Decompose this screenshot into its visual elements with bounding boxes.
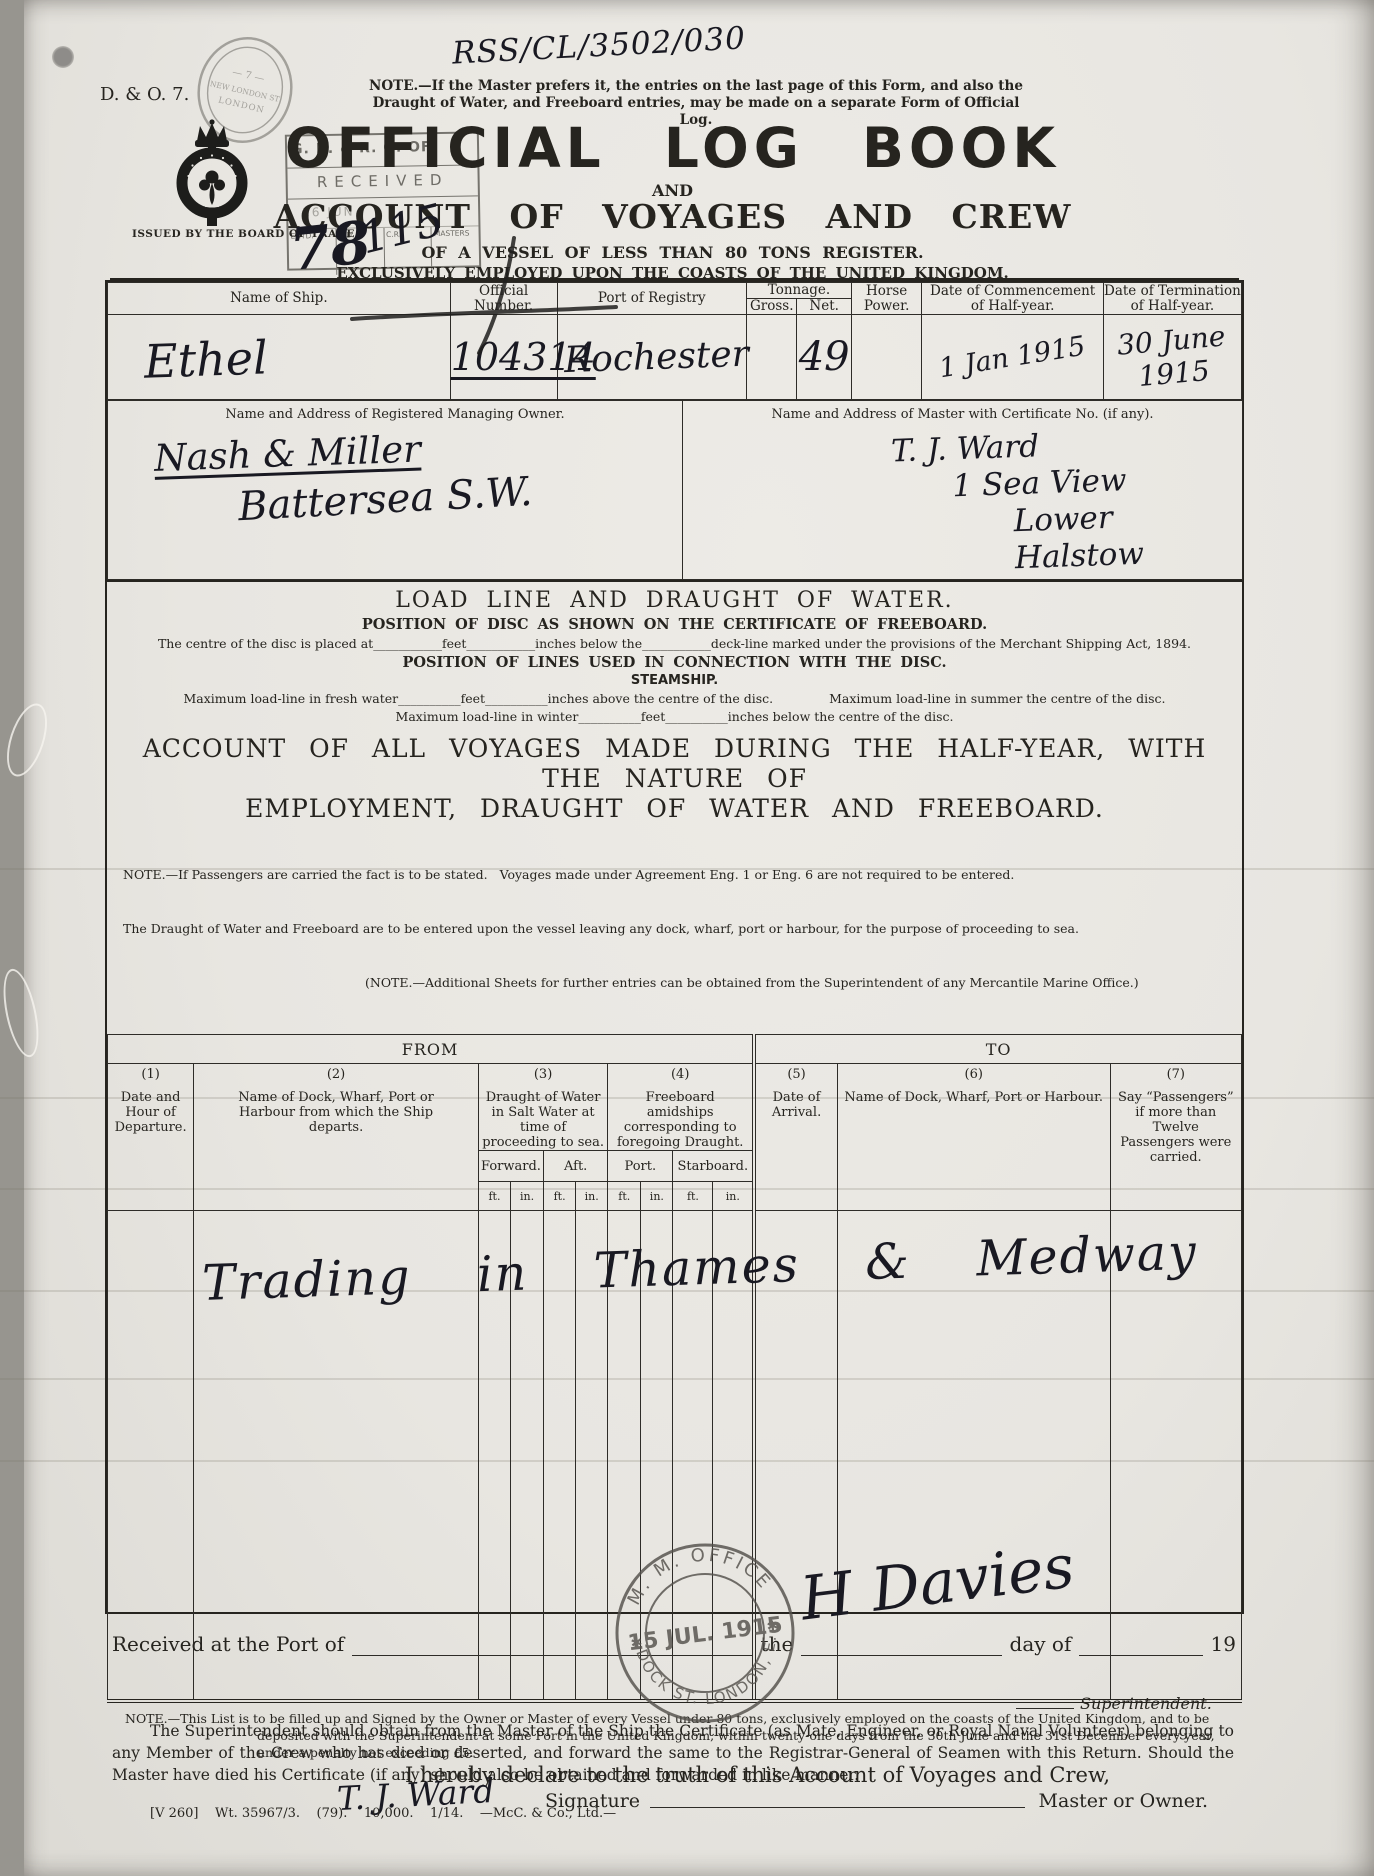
master-or-owner-label: Master or Owner. (1039, 1790, 1208, 1812)
starboard-header: Starboard. (673, 1151, 754, 1182)
col2-desc: Name of Dock, Wharf, Port or Harbour fro… (194, 1090, 478, 1135)
voyages-notes: NOTE.—If Passengers are carried the fact… (107, 824, 1242, 1034)
col3-number: (3) (479, 1064, 607, 1090)
stamp-star-left: ✱ (630, 1635, 644, 1652)
disc-position-subtitle: POSITION OF DISC AS SHOWN ON THE CERTIFI… (107, 616, 1242, 633)
commencement-date-value: 1 Jan 1915 (921, 328, 1104, 387)
form-outer-box: Name of Ship. Official Number. Port of R… (105, 280, 1244, 1614)
aft-header: Aft. (544, 1151, 608, 1182)
col4-number: (4) (608, 1064, 752, 1090)
col-header-termination: Date of Termination of Half-year. (1103, 283, 1241, 315)
port-header: Port. (608, 1151, 673, 1182)
received-dayof: day of (1010, 1632, 1072, 1656)
in-label: in. (641, 1182, 673, 1211)
col-header-ship-name: Name of Ship. (108, 283, 451, 315)
voyage-cell (108, 1211, 194, 1702)
col5-desc: Date of Arrival. (756, 1090, 837, 1120)
hole-punch (52, 46, 74, 68)
voyages-note3: (NOTE.—Additional Sheets for further ent… (123, 974, 1242, 992)
port-of-registry-value: Rochester (557, 333, 747, 381)
col3-desc: Draught of Water in Salt Water at time o… (479, 1090, 607, 1150)
col-header-net: Net. (797, 299, 851, 315)
master-value-cell: T. J. Ward 1 Sea View Lower Halstow (683, 427, 1243, 580)
ship-info-table: Name of Ship. Official Number. Port of R… (107, 282, 1242, 400)
col4-desc: Freeboard amidships corresponding to for… (608, 1090, 752, 1150)
owner-value-cell: Nash & Miller Battersea S.W. (108, 427, 683, 580)
load-line-section: LOAD LINE AND DRAUGHT OF WATER. POSITION… (107, 580, 1242, 724)
col-header-official-number: Official Number. (450, 283, 557, 315)
from-header: FROM (108, 1035, 755, 1064)
page-title: OFFICIAL LOG BOOK (105, 116, 1240, 180)
winter-line: Maximum load-line in winter__________fee… (396, 709, 954, 724)
received-year: 19 (1211, 1632, 1236, 1656)
voyages-note2: The Draught of Water and Freeboard are t… (123, 920, 1242, 938)
form-code: D. & O. 7. (100, 84, 189, 105)
ft-label: ft. (544, 1182, 576, 1211)
col1-header: (1) Date and Hour of Departure. (108, 1064, 194, 1211)
superintendent-line (1016, 1708, 1074, 1709)
official-number-value: 104314 (451, 335, 557, 379)
voyage-cell (1110, 1211, 1241, 1702)
voyages-heading: ACCOUNT OF ALL VOYAGES MADE DURING THE H… (107, 724, 1242, 824)
in-label: in. (713, 1182, 754, 1211)
ft-label: ft. (673, 1182, 713, 1211)
owner-master-table: Name and Address of Registered Managing … (107, 400, 1243, 580)
col-header-tonnage: Tonnage. (747, 283, 852, 299)
termination-date-value: 30 June 1915 (1101, 318, 1243, 396)
ft-label: ft. (608, 1182, 641, 1211)
col5-number: (5) (756, 1064, 837, 1090)
col4-header: (4) Freeboard amidships corresponding to… (608, 1064, 754, 1151)
vessel-line: OF A VESSEL OF LESS THAN 80 TONS REGISTE… (105, 243, 1240, 262)
col7-header: (7) Say “Passengers” if more than Twelve… (1110, 1064, 1241, 1211)
received-date-line (801, 1637, 1001, 1656)
steamship-label: STEAMSHIP. (107, 673, 1242, 688)
col1-number: (1) (108, 1064, 193, 1090)
master-address2-handwriting: Lower Halstow (893, 495, 1244, 581)
signature-line (650, 1787, 1025, 1808)
col7-desc: Say “Passengers” if more than Twelve Pas… (1111, 1090, 1241, 1165)
col7-number: (7) (1111, 1064, 1241, 1090)
to-header: TO (754, 1035, 1241, 1064)
disc-placement-line: The centre of the disc is placed at_____… (107, 636, 1242, 651)
superintendent-label: Superintendent. (1080, 1694, 1212, 1713)
ship-name-value: Ethel (107, 324, 450, 390)
col6-header: (6) Name of Dock, Wharf, Port or Harbour… (837, 1064, 1110, 1211)
summer-line: Maximum load-line in summer the centre o… (829, 691, 1165, 706)
col6-number: (6) (838, 1064, 1110, 1090)
load-line-title: LOAD LINE AND DRAUGHT OF WATER. (107, 588, 1242, 613)
oval-stamp-line1: — 7 — (231, 67, 265, 85)
scanned-log-book-page: RSS/CL/3502/030 D. & O. 7. NOTE.—If the … (0, 0, 1374, 1876)
received-month-line (1079, 1637, 1202, 1656)
col1-desc: Date and Hour of Departure. (108, 1090, 193, 1135)
superintendent-label-row: Superintendent. (1016, 1694, 1212, 1713)
col5-header: (5) Date of Arrival. (754, 1064, 837, 1211)
col6-desc: Name of Dock, Wharf, Port or Harbour. (838, 1090, 1110, 1105)
net-tonnage-value: 49 (797, 334, 850, 380)
col3-header: (3) Draught of Water in Salt Water at ti… (478, 1064, 607, 1151)
voyages-heading-line2: EMPLOYMENT, DRAUGHT OF WATER AND FREEBOA… (107, 794, 1242, 824)
col-header-horse-power: Horse Power. (851, 283, 922, 315)
in-label: in. (576, 1182, 608, 1211)
col2-number: (2) (194, 1064, 478, 1090)
voyages-note1: NOTE.—If Passengers are carried the fact… (123, 866, 1242, 884)
fresh-water-line: Maximum load-line in fresh water________… (183, 691, 773, 706)
col-header-port: Port of Registry (557, 283, 747, 315)
in-label: in. (511, 1182, 544, 1211)
lines-position-subtitle: POSITION OF LINES USED IN CONNECTION WIT… (107, 654, 1242, 671)
printer-imprint: [V 260] Wt. 35967/3. (79). 10,000. 1/14.… (150, 1806, 616, 1821)
ft-label: ft. (478, 1182, 510, 1211)
col2-header: (2) Name of Dock, Wharf, Port or Harbour… (194, 1064, 479, 1211)
col-header-gross: Gross. (747, 299, 797, 315)
stamp-star-right: ✱ (766, 1618, 780, 1635)
voyages-heading-line1: ACCOUNT OF ALL VOYAGES MADE DURING THE H… (107, 734, 1242, 794)
col-header-commencement: Date of Commencement of Half-year. (922, 283, 1103, 315)
page-subtitle: ACCOUNT OF VOYAGES AND CREW (105, 197, 1240, 236)
forward-header: Forward. (478, 1151, 543, 1182)
marine-office-date-stamp: M. M. OFFICE DOCK ST. LONDON, E. 15 JUL.… (599, 1527, 811, 1739)
owner-name-handwriting: Nash & Miller (107, 422, 421, 482)
received-prefix: Received at the Port of (112, 1632, 344, 1656)
